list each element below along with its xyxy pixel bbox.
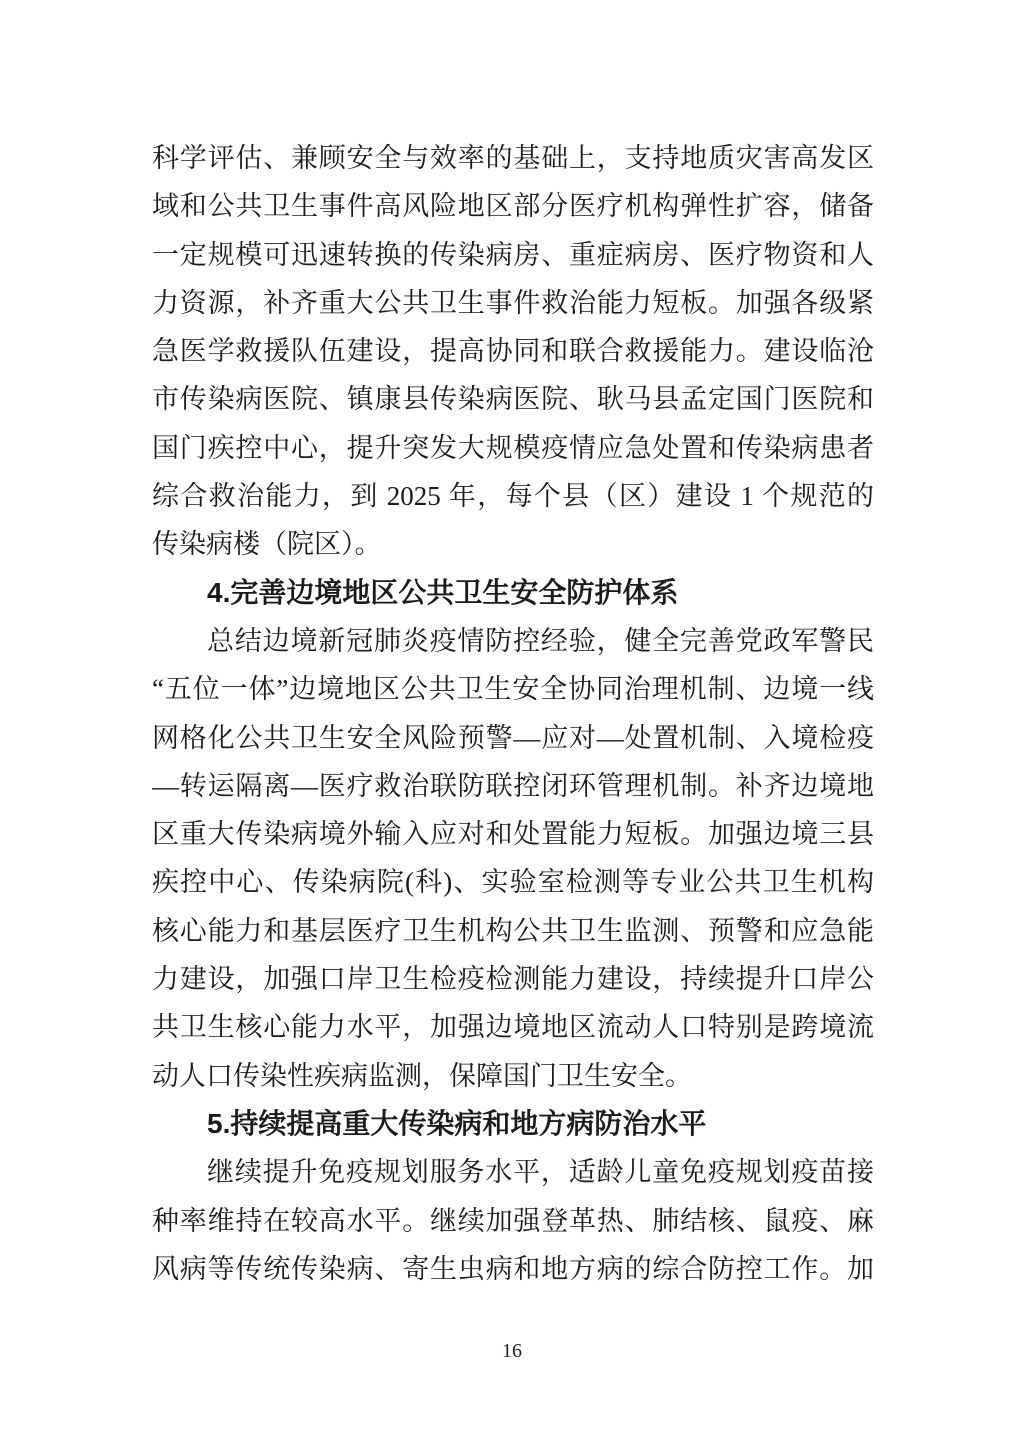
text-line: 动人口传染性疾病监测，保障国门卫生安全。 xyxy=(152,1052,874,1100)
text-line: 国门疾控中心，提升突发大规模疫情应急处置和传染病患者 xyxy=(152,424,874,472)
text-line: 网格化公共卫生安全风险预警—应对—处置机制、入境检疫 xyxy=(152,714,874,762)
text-line: 疾控中心、传染病院(科)、实验室检测等专业公共卫生机构 xyxy=(152,858,874,906)
text-line: 总结边境新冠肺炎疫情防控经验，健全完善党政军警民 xyxy=(152,617,874,665)
section-heading: 4.完善边境地区公共卫生安全防护体系 xyxy=(152,569,874,617)
text-line: 力建设，加强口岸卫生检疫检测能力建设，持续提升口岸公 xyxy=(152,955,874,1003)
text-line: 一定规模可迅速转换的传染病房、重症病房、医疗物资和人 xyxy=(152,231,874,279)
text-line: 区重大传染病境外输入应对和处置能力短板。加强边境三县 xyxy=(152,810,874,858)
text-line: 急医学救援队伍建设，提高协同和联合救援能力。建设临沧 xyxy=(152,327,874,375)
text-line: 力资源，补齐重大公共卫生事件救治能力短板。加强各级紧 xyxy=(152,279,874,327)
text-line: 域和公共卫生事件高风险地区部分医疗机构弹性扩容，储备 xyxy=(152,182,874,230)
document-page: 科学评估、兼顾安全与效率的基础上，支持地质灾害高发区域和公共卫生事件高风险地区部… xyxy=(0,0,1024,1448)
text-line: 继续提升免疫规划服务水平，适龄儿童免疫规划疫苗接 xyxy=(152,1148,874,1196)
document-body: 科学评估、兼顾安全与效率的基础上，支持地质灾害高发区域和公共卫生事件高风险地区部… xyxy=(152,134,874,1293)
text-line: “五位一体”边境地区公共卫生安全协同治理机制、边境一线 xyxy=(152,665,874,713)
text-line: 综合救治能力，到 2025 年，每个县（区）建设 1 个规范的 xyxy=(152,472,874,520)
page-number: 16 xyxy=(0,1336,1024,1366)
text-line: 种率维持在较高水平。继续加强登革热、肺结核、鼠疫、麻 xyxy=(152,1197,874,1245)
text-line: 核心能力和基层医疗卫生机构公共卫生监测、预警和应急能 xyxy=(152,907,874,955)
text-line: 市传染病医院、镇康县传染病医院、耿马县孟定国门医院和 xyxy=(152,375,874,423)
text-line: 风病等传统传染病、寄生虫病和地方病的综合防控工作。加 xyxy=(152,1245,874,1293)
text-line: 共卫生核心能力水平，加强边境地区流动人口特别是跨境流 xyxy=(152,1003,874,1051)
text-line: 传染病楼（院区）。 xyxy=(152,520,874,568)
text-line: —转运隔离—医疗救治联防联控闭环管理机制。补齐边境地 xyxy=(152,762,874,810)
section-heading: 5.持续提高重大传染病和地方病防治水平 xyxy=(152,1100,874,1148)
text-line: 科学评估、兼顾安全与效率的基础上，支持地质灾害高发区 xyxy=(152,134,874,182)
